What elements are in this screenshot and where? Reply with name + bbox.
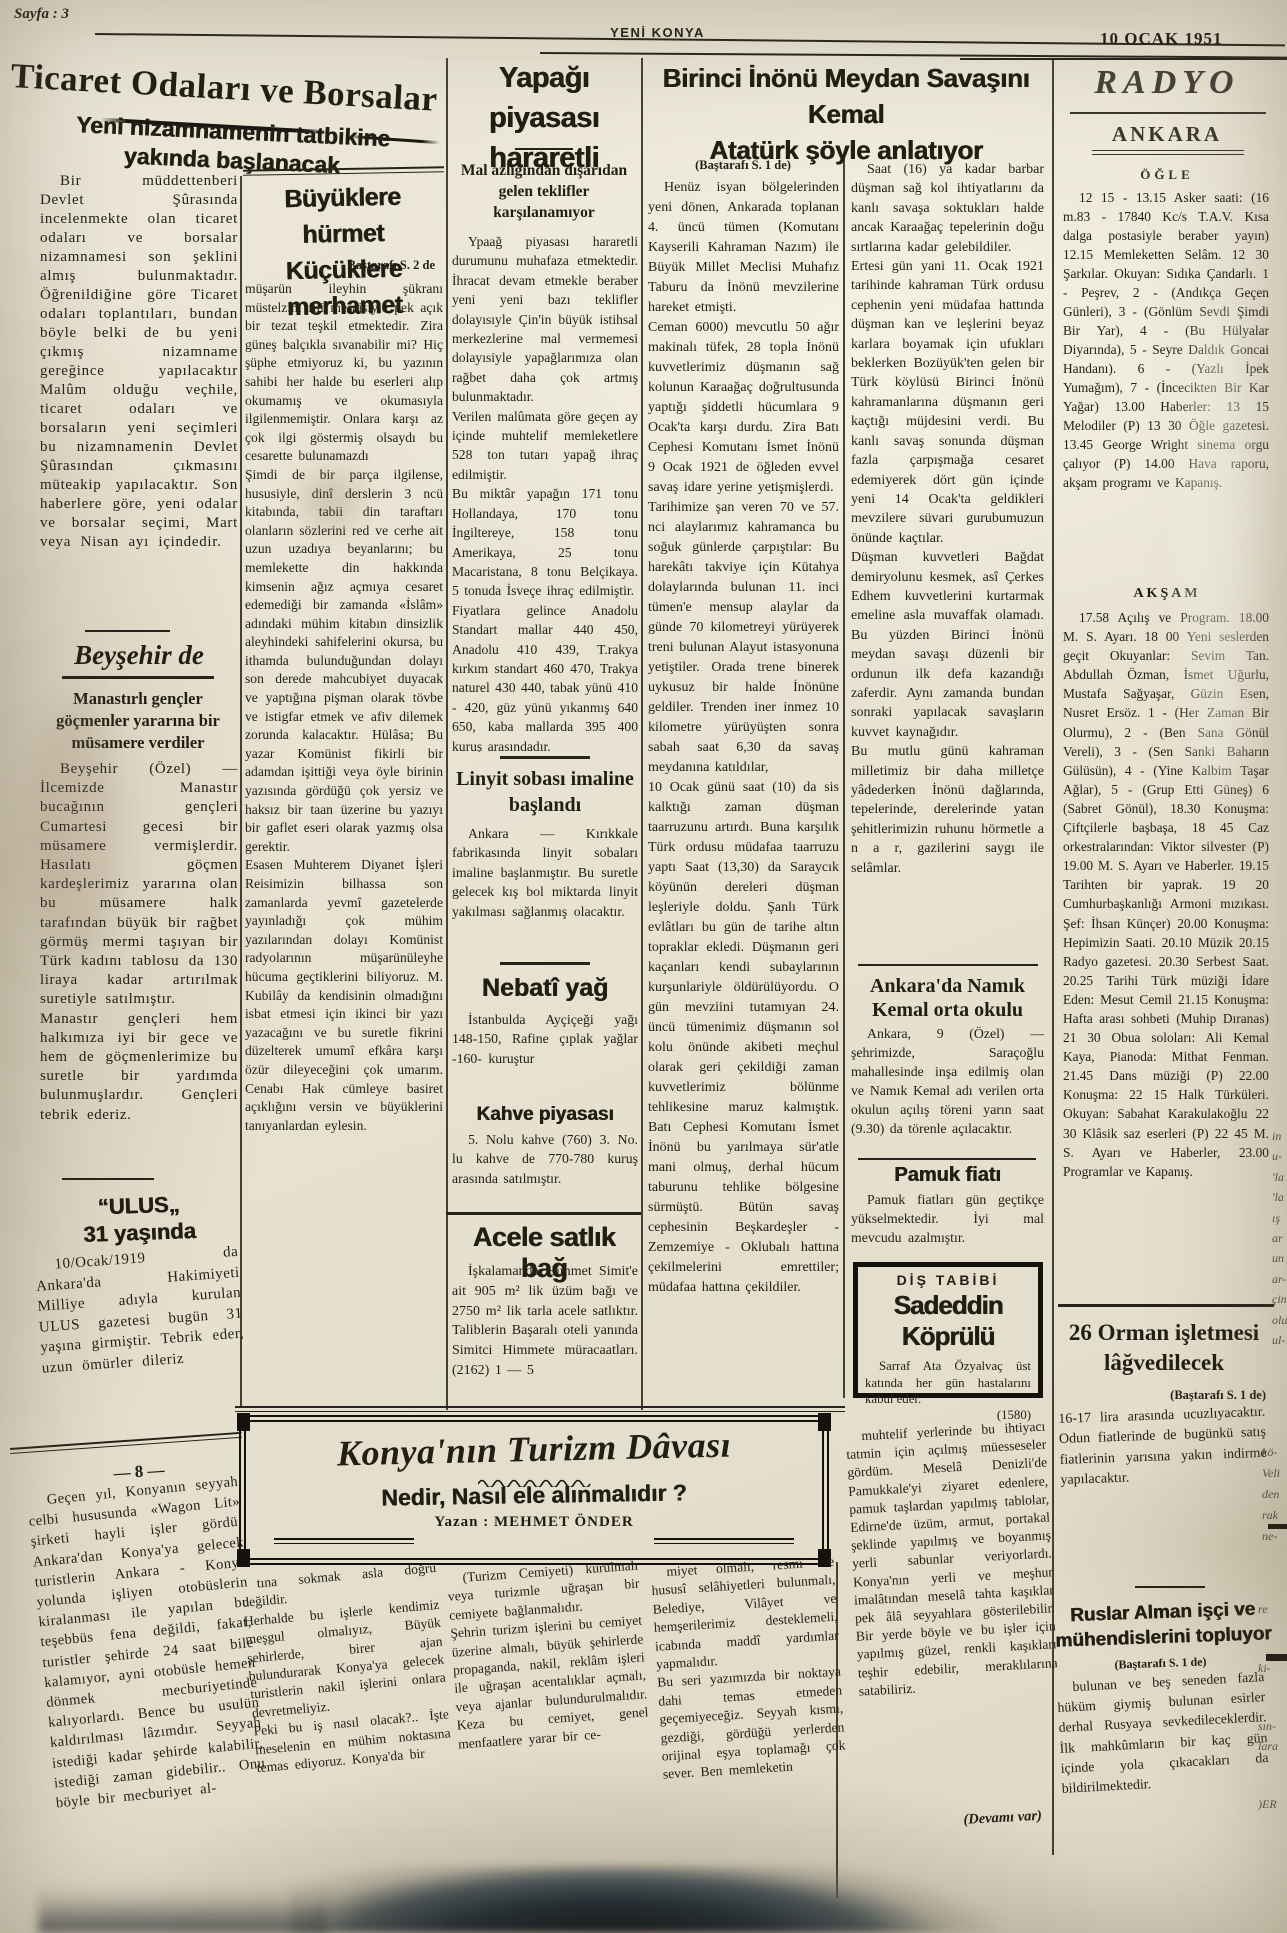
section-rule [85,630,170,632]
ad-dentist-box: DİŞ TABİBİ Sadeddin Köprülü Sarraf Ata Ö… [853,1262,1043,1398]
radio-evening-program: 17.58 Açılış ve Program. 18.00 M. S. Aya… [1063,608,1269,1298]
feature-title-turizm: Konya'nın Turizm Dâvası [246,1421,823,1476]
heading-ulus: “ULUS„ 31 yaşında [39,1189,239,1250]
margin-ink-mark [1266,1654,1287,1661]
section-rule [500,962,590,965]
feature-box-turizm: Konya'nın Turizm Dâvası Nedir, Nasıl ele… [244,1420,824,1560]
subhead-yapagi: Mal azlığından dışarıdan gelen teklifler… [450,160,638,223]
section-rule [62,1178,154,1180]
photo-bleed-bottom-left [38,1884,328,1933]
radio-noon-label: ÖĞLE [1062,167,1272,183]
heading-inonu-savasi: Birinci İnönü Meydan Savaşını Kemal Atat… [645,60,1047,168]
article-turizm-column-d: muhtelif yerlerinde bu ihtiyacı tatmin i… [845,1418,1066,1828]
byline-rule [274,1538,414,1544]
article-kahve-body: 5. Nolu kahve (760) 3. No. lu kahve de 7… [452,1130,638,1212]
section-rule [446,1212,641,1215]
heading-radyo: RADYO [1062,64,1272,102]
column-divider [240,176,242,1408]
section-rule [858,964,1038,966]
page-number-label: Sayfa : 3 [14,6,69,23]
section-rule [858,1158,1036,1160]
newspaper-name: YENİ KONYA [575,25,740,40]
column-divider [446,58,448,1410]
article-beysehir-body: Beyşehir (Özel) — İlcemizde Manastır buc… [40,760,238,1160]
heading-pamuk-fiati: Pamuk fiatı [851,1164,1044,1187]
heading-linyit: Linyit sobası imaline başlandı [452,766,638,818]
newspaper-page: Sayfa : 3 YENİ KONYA 10 OCAK 1951 Ticare… [0,0,1287,1933]
heading-orman-isletmesi: 26 Orman işletmesi lâğvedilecek [1056,1318,1272,1378]
heading-kahve-piyasasi: Kahve piyasası [452,1104,638,1126]
box-corner-ornament [237,1549,250,1567]
heading-beysehir: Beyşehir de [40,640,238,671]
article-turizm-column-b: (Turizm Cemiyeti) kurulmalı veya turizml… [446,1557,661,1906]
heading-underline [1070,112,1266,114]
radio-station-name: ANKARA [1062,122,1272,147]
article-seyyah-body: Geçen yıl, Konyanın seyyah celbi hususun… [26,1472,278,1920]
article-pamuk-body: Pamuk fiatları gün geçtikçe yükselmekted… [851,1190,1044,1268]
article-hurmet-body: müşarün ileyhin şükranı müstelzim fili m… [245,280,443,1252]
margin-bleed-text: kö- Veli den rak ne- [1262,1442,1287,1547]
article-inonu-column-b: Saat (16) ya kadar barbar düşman sağ kol… [851,160,1044,962]
feature-byline: Yazan : MEHMET ÖNDER [246,1514,822,1531]
heading-namik-kemal-okulu: Ankara'da Namık Kemal orta okulu [851,974,1044,1022]
article-orman-body: 16-17 lira arasında ucuzlıyacaktır. Odun… [1058,1403,1270,1568]
margin-bleed-text: re ki- sın- lara )ER [1258,1600,1287,1815]
article-nebati-body: İstanbulda Ayçiçeği yağı 148-150, Rafine… [452,1010,638,1106]
radio-evening-label: AKŞAM [1062,586,1272,602]
section-rule [1135,1586,1205,1588]
radio-noon-program: 12 15 - 13.15 Asker saati: (16 m.83 - 17… [1063,188,1269,584]
margin-bleed-text: in u- 'la 'la ış ar un ar- çin olu ul- [1272,1126,1287,1350]
ad-acele-body: İşkalamanda Himmet Simit'e ait 905 m² li… [452,1262,638,1408]
column-divider [641,58,643,1410]
feature-subtitle-turizm: Nedir, Nasıl ele alınmalıdır ? [246,1477,822,1514]
ad-dentist-kicker: DİŞ TABİBİ [865,1272,1031,1288]
continuation-note: (Baştarafı S. 1 de) [648,158,838,173]
column-divider [843,155,845,1398]
box-corner-ornament [237,1413,250,1431]
continuation-note: Baştarafı S. 2 de [245,258,435,273]
heading-ruslar-alman: Ruslar Alman işçi ve mühendislerini topl… [1053,1596,1273,1654]
article-ruslar-body: bulunan ve beş seneden fazla hüküm giymi… [1056,1667,1273,1856]
photo-bleed-bottom [290,1866,1000,1933]
section-rule-double [235,1406,845,1412]
section-rule [500,756,590,759]
article-ulus-body: 10/Ocak/1919 da Ankara'da Hakimiyeti Mil… [34,1242,251,1448]
ad-dentist-body: Sarraf Ata Özyalvaç üst katında her gün … [865,1358,1031,1408]
section-rule [1058,1304,1274,1307]
article-turizm-column-c: miyet olmalı, resmî ve hususî selâhiyetl… [650,1553,855,1908]
article-ticaret-body: Bir müddettenberi Devlet Şûrasında incel… [40,172,238,627]
article-turizm-column-a: tına sokmak asla doğru değildir. Herhald… [240,1559,464,1907]
article-inonu-column-a: Henüz isyan bölgelerinden yeni dönen, An… [648,178,839,1400]
ad-dentist-name: Sadeddin Köprülü [865,1290,1031,1352]
heading-underline [515,148,573,150]
issue-date: 10 OCAK 1951 [1100,29,1223,49]
subhead-beysehir: Manastırlı gençler göçmenler yararına bi… [38,688,238,754]
article-okul-body: Ankara, 9 (Özel) — şehrimizde, Saraçoğlu… [851,1024,1044,1158]
heading-underline [62,676,214,679]
margin-ink-mark [1268,1524,1287,1529]
article-linyit-body: Ankara — Kırıkkale fabrikasında linyit s… [452,824,638,962]
continuation-note: (Baştarafı S. 1 de) [1058,1388,1266,1403]
heading-underline-double [1092,150,1244,155]
article-yapagi-body: Ypaağ piyasası hararetli durumunu muhafa… [452,232,638,752]
byline-rule [654,1538,794,1544]
heading-nebati-yag: Nebatî yağ [452,974,638,1003]
